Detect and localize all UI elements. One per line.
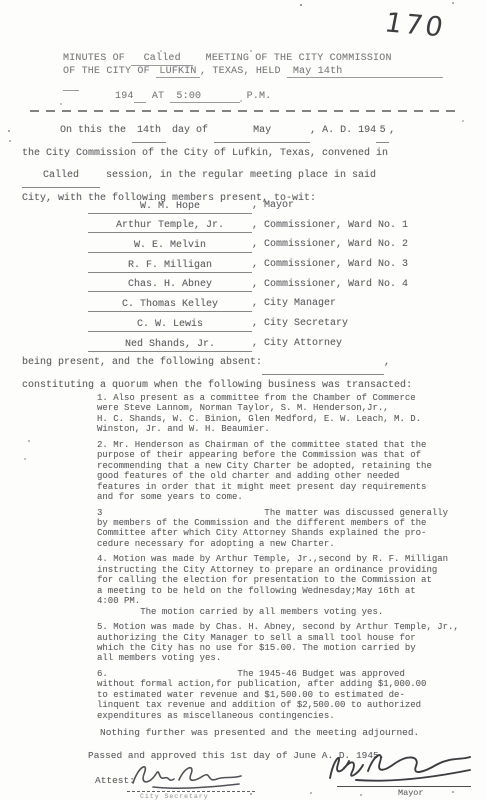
member-role: Commissioner, Ward No. 1	[264, 220, 408, 231]
day-blank: 14th	[132, 120, 166, 143]
year-blank: 5	[376, 120, 389, 143]
header-line-3: 194 AT 5:00 P.M.	[63, 91, 463, 104]
absent-line: being present, and the following absent:…	[22, 352, 472, 375]
mayor-signature-label: Mayor	[398, 788, 424, 798]
item-6-budget-approval: 6. The 1945-46 Budget was approved witho…	[97, 669, 465, 721]
member-name: Chas. H. Abney	[88, 278, 252, 292]
member-role: City Attorney	[264, 338, 342, 349]
month-blank: May	[214, 120, 310, 143]
minutes-document-page: 170 MINUTES OF Called MEETING OF THE CIT…	[0, 0, 487, 800]
member-row-city-manager: C. Thomas Kelley, City Manager	[88, 294, 408, 314]
member-role: City Secretary	[264, 318, 348, 329]
meeting-time-blank: 5:00	[170, 91, 240, 104]
scan-noise-specks	[0, 0, 2, 2]
mayor-signature	[322, 748, 474, 786]
member-name: W. E. Melvin	[88, 239, 252, 253]
mayor-signature-line	[337, 786, 471, 787]
member-row-ward1: Arthur Temple, Jr., Commissioner, Ward N…	[88, 216, 408, 236]
member-row-ward3: R. F. Milligan, Commissioner, Ward No. 3	[88, 255, 408, 275]
item-4-election-ordinance-motion: 4. Motion was made by Arthur Temple, Jr.…	[97, 554, 465, 617]
absent-blank	[262, 352, 384, 375]
member-name: Arthur Temple, Jr.	[88, 219, 252, 233]
meeting-date-blank: May 14th	[287, 66, 443, 79]
opening-line-1: On this the 14th day of May, A. D. 1945,	[22, 120, 467, 143]
members-list: W. M. Hope, Mayor Arthur Temple, Jr., Co…	[88, 196, 408, 354]
city-name-blank: LUFKIN	[156, 66, 200, 79]
member-role: Commissioner, Ward No. 2	[264, 239, 408, 250]
member-name: W. M. Hope	[88, 200, 252, 214]
member-row-ward2: W. E. Melvin, Commissioner, Ward No. 2	[88, 235, 408, 255]
secretary-signature-label: City Secretary	[140, 793, 209, 800]
header-line-1: MINUTES OF Called MEETING OF THE CITY CO…	[63, 53, 463, 66]
member-role: City Manager	[264, 298, 336, 309]
handwritten-page-number: 170	[382, 8, 448, 44]
year-digit-blank	[134, 91, 146, 104]
header-line-2: OF THE CITY OF LUFKIN, TEXAS, HELD May 1…	[63, 66, 463, 91]
member-role: Mayor	[264, 200, 294, 211]
item-2-charter-recommendation: 2. Mr. Henderson as Chairman of the comm…	[97, 440, 465, 503]
item-3-discussion: 3 The matter was discussed generally by …	[97, 508, 465, 550]
item-1-committee-present: 1. Also present as a committee from the …	[97, 393, 465, 435]
trailing-blank	[63, 78, 79, 91]
item-5-tool-house-motion: 5. Motion was made by Chas. H. Abney, se…	[97, 622, 465, 664]
secretary-signature-line	[127, 791, 255, 792]
document-header: MINUTES OF Called MEETING OF THE CITY CO…	[63, 53, 463, 103]
minutes-items: 1. Also present as a committee from the …	[97, 393, 465, 726]
dashed-separator	[30, 110, 462, 112]
member-role: Commissioner, Ward No. 4	[264, 279, 408, 290]
member-name: Ned Shands, Jr.	[88, 338, 252, 352]
member-name: C. Thomas Kelley	[88, 298, 252, 312]
member-row-ward4: Chas. H. Abney, Commissioner, Ward No. 4	[88, 275, 408, 295]
adjournment-line: Nothing further was presented and the me…	[100, 727, 419, 738]
member-row-city-secretary: C. W. Lewis, City Secretary	[88, 314, 408, 334]
quorum-statement: being present, and the following absent:…	[22, 352, 472, 396]
opening-line-3: Called session, in the regular meeting p…	[22, 165, 467, 188]
meeting-type-blank: Called	[131, 53, 193, 66]
member-name: R. F. Milligan	[88, 259, 252, 273]
member-name: C. W. Lewis	[88, 318, 252, 332]
session-type-blank: Called	[22, 165, 100, 188]
opening-line-2: the City Commission of the City of Lufki…	[22, 143, 467, 165]
member-row-mayor: W. M. Hope, Mayor	[88, 196, 408, 216]
member-row-city-attorney: Ned Shands, Jr., City Attorney	[88, 334, 408, 354]
city-secretary-signature	[123, 757, 255, 791]
member-role: Commissioner, Ward No. 3	[264, 259, 408, 270]
